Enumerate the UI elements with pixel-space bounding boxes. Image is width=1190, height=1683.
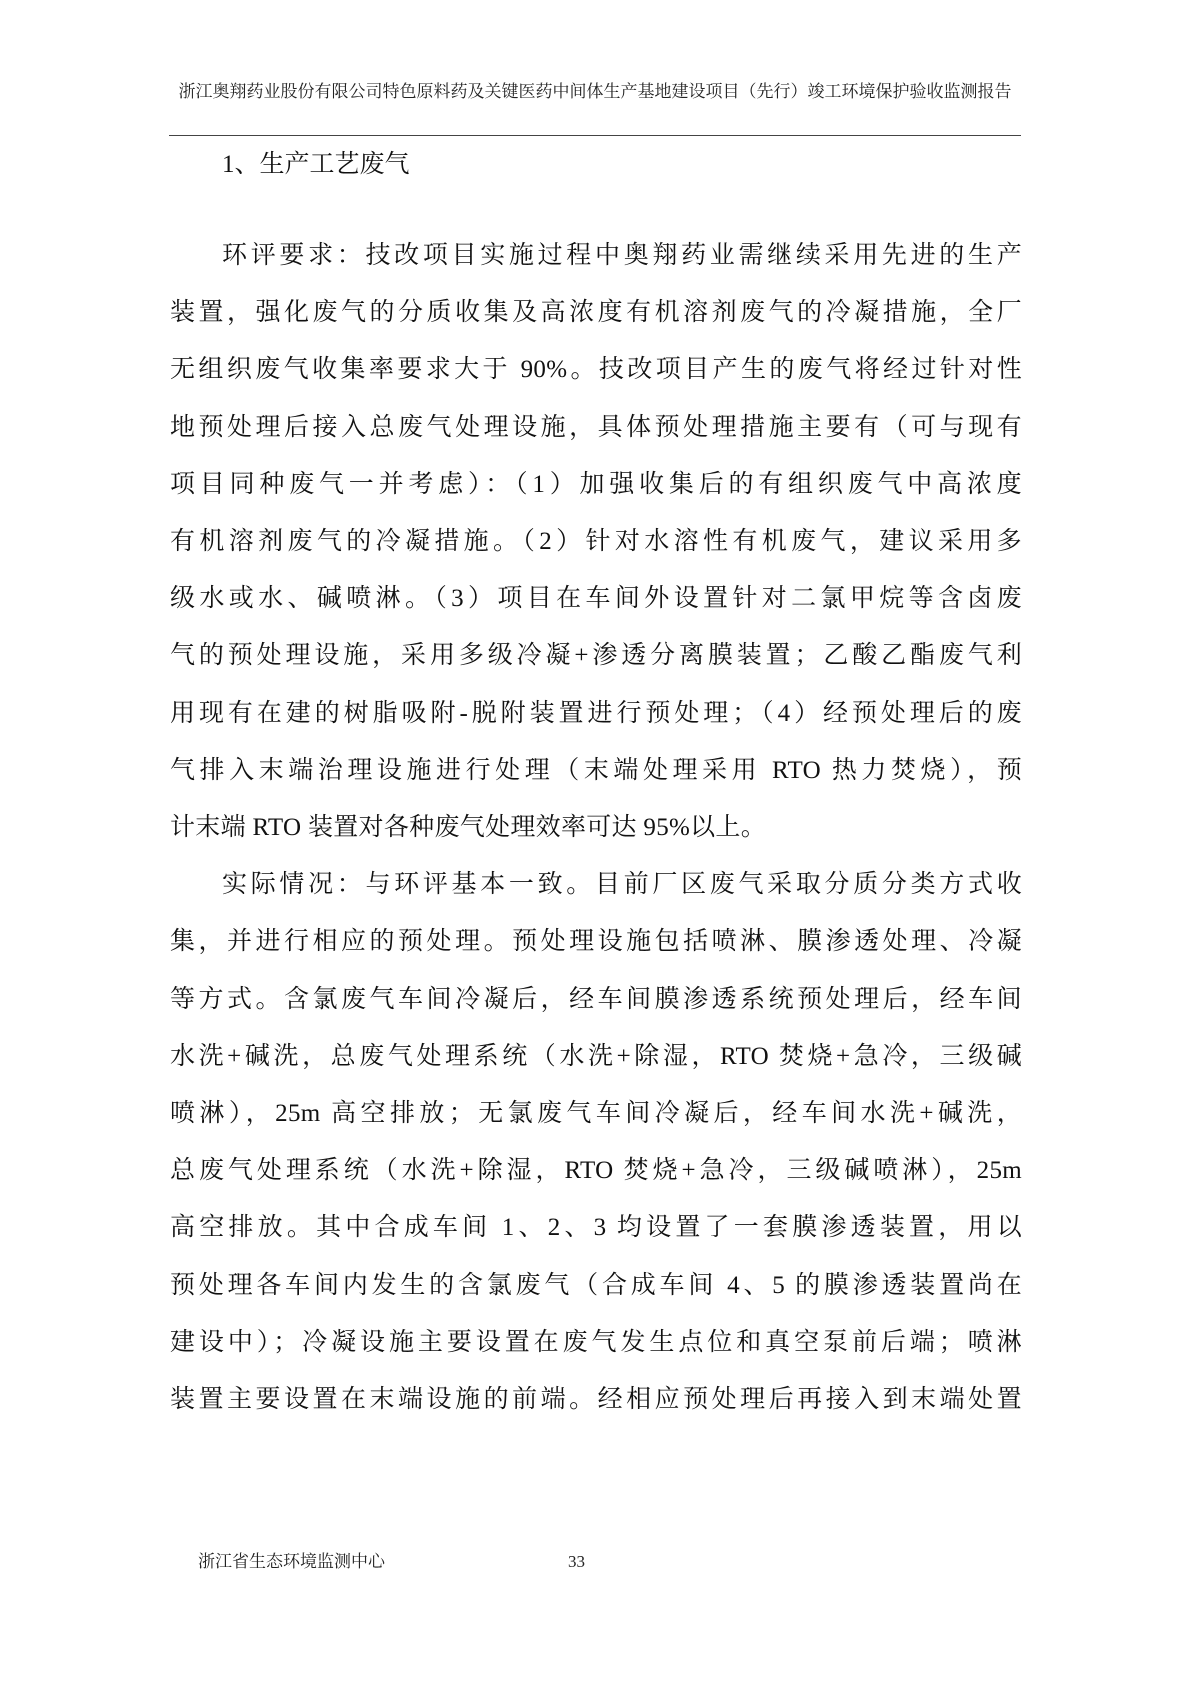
text-line: 无组织废气收集率要求大于 90%。技改项目产生的废气将经过针对性	[170, 341, 1022, 398]
text-line: 有机溶剂废气的冷凝措施。（2）针对水溶性有机废气，建议采用多	[170, 513, 1022, 570]
section-heading: 1、生产工艺废气	[170, 150, 1022, 180]
report-title: 浙江奥翔药业股份有限公司特色原料药及关键医药中间体生产基地建设项目（先行）竣工环…	[179, 82, 1012, 101]
text-line: 喷淋），25m 高空排放；无氯废气车间冷凝后，经车间水洗+碱洗，	[170, 1085, 1022, 1142]
text-line: 高空排放。其中合成车间 1、2、3 均设置了一套膜渗透装置，用以	[170, 1199, 1022, 1256]
text-line: 气排入末端治理设施进行处理（末端处理采用 RTO 热力焚烧），预	[170, 742, 1022, 799]
paragraph-eia-requirements: 环评要求：技改项目实施过程中奥翔药业需继续采用先进的生产 装置，强化废气的分质收…	[170, 227, 1022, 856]
text-line: 用现有在建的树脂吸附-脱附装置进行预处理；（4）经预处理后的废	[170, 685, 1022, 742]
text-line: 水洗+碱洗，总废气处理系统（水洗+除湿，RTO 焚烧+急冷，三级碱	[170, 1028, 1022, 1085]
text-line: 总废气处理系统（水洗+除湿，RTO 焚烧+急冷，三级碱喷淋），25m	[170, 1142, 1022, 1199]
page-number: 33	[568, 1550, 585, 1574]
text-line: 装置，强化废气的分质收集及高浓度有机溶剂废气的冷凝措施，全厂	[170, 284, 1022, 341]
text-line: 计末端 RTO 装置对各种废气处理效率可达 95%以上。	[170, 799, 1022, 856]
text-line: 地预处理后接入总废气处理设施，具体预处理措施主要有（可与现有	[170, 399, 1022, 456]
text-line: 级水或水、碱喷淋。（3）项目在车间外设置针对二氯甲烷等含卤废	[170, 570, 1022, 627]
text-line: 建设中）；冷凝设施主要设置在废气发生点位和真空泵前后端；喷淋	[170, 1314, 1022, 1371]
text-line: 实际情况：与环评基本一致。目前厂区废气采取分质分类方式收	[170, 856, 1022, 913]
spacer	[170, 180, 1022, 227]
page-header: 浙江奥翔药业股份有限公司特色原料药及关键医药中间体生产基地建设项目（先行）竣工环…	[169, 80, 1021, 104]
text-line: 装置主要设置在末端设施的前端。经相应预处理后再接入到末端处置	[170, 1371, 1022, 1428]
footer-organization: 浙江省生态环境监测中心	[198, 1550, 385, 1574]
text-line: 等方式。含氯废气车间冷凝后，经车间膜渗透系统预处理后，经车间	[170, 971, 1022, 1028]
text-line: 预处理各车间内发生的含氯废气（合成车间 4、5 的膜渗透装置尚在	[170, 1257, 1022, 1314]
text-line: 项目同种废气一并考虑）：（1）加强收集后的有组织废气中高浓度	[170, 456, 1022, 513]
paragraph-actual-situation: 实际情况：与环评基本一致。目前厂区废气采取分质分类方式收 集，并进行相应的预处理…	[170, 856, 1022, 1428]
header-divider	[169, 135, 1021, 136]
text-line: 气的预处理设施，采用多级冷凝+渗透分离膜装置；乙酸乙酯废气利	[170, 627, 1022, 684]
text-line: 集，并进行相应的预处理。预处理设施包括喷淋、膜渗透处理、冷凝	[170, 913, 1022, 970]
text-line: 环评要求：技改项目实施过程中奥翔药业需继续采用先进的生产	[170, 227, 1022, 284]
document-body: 1、生产工艺废气 环评要求：技改项目实施过程中奥翔药业需继续采用先进的生产 装置…	[170, 150, 1022, 1428]
